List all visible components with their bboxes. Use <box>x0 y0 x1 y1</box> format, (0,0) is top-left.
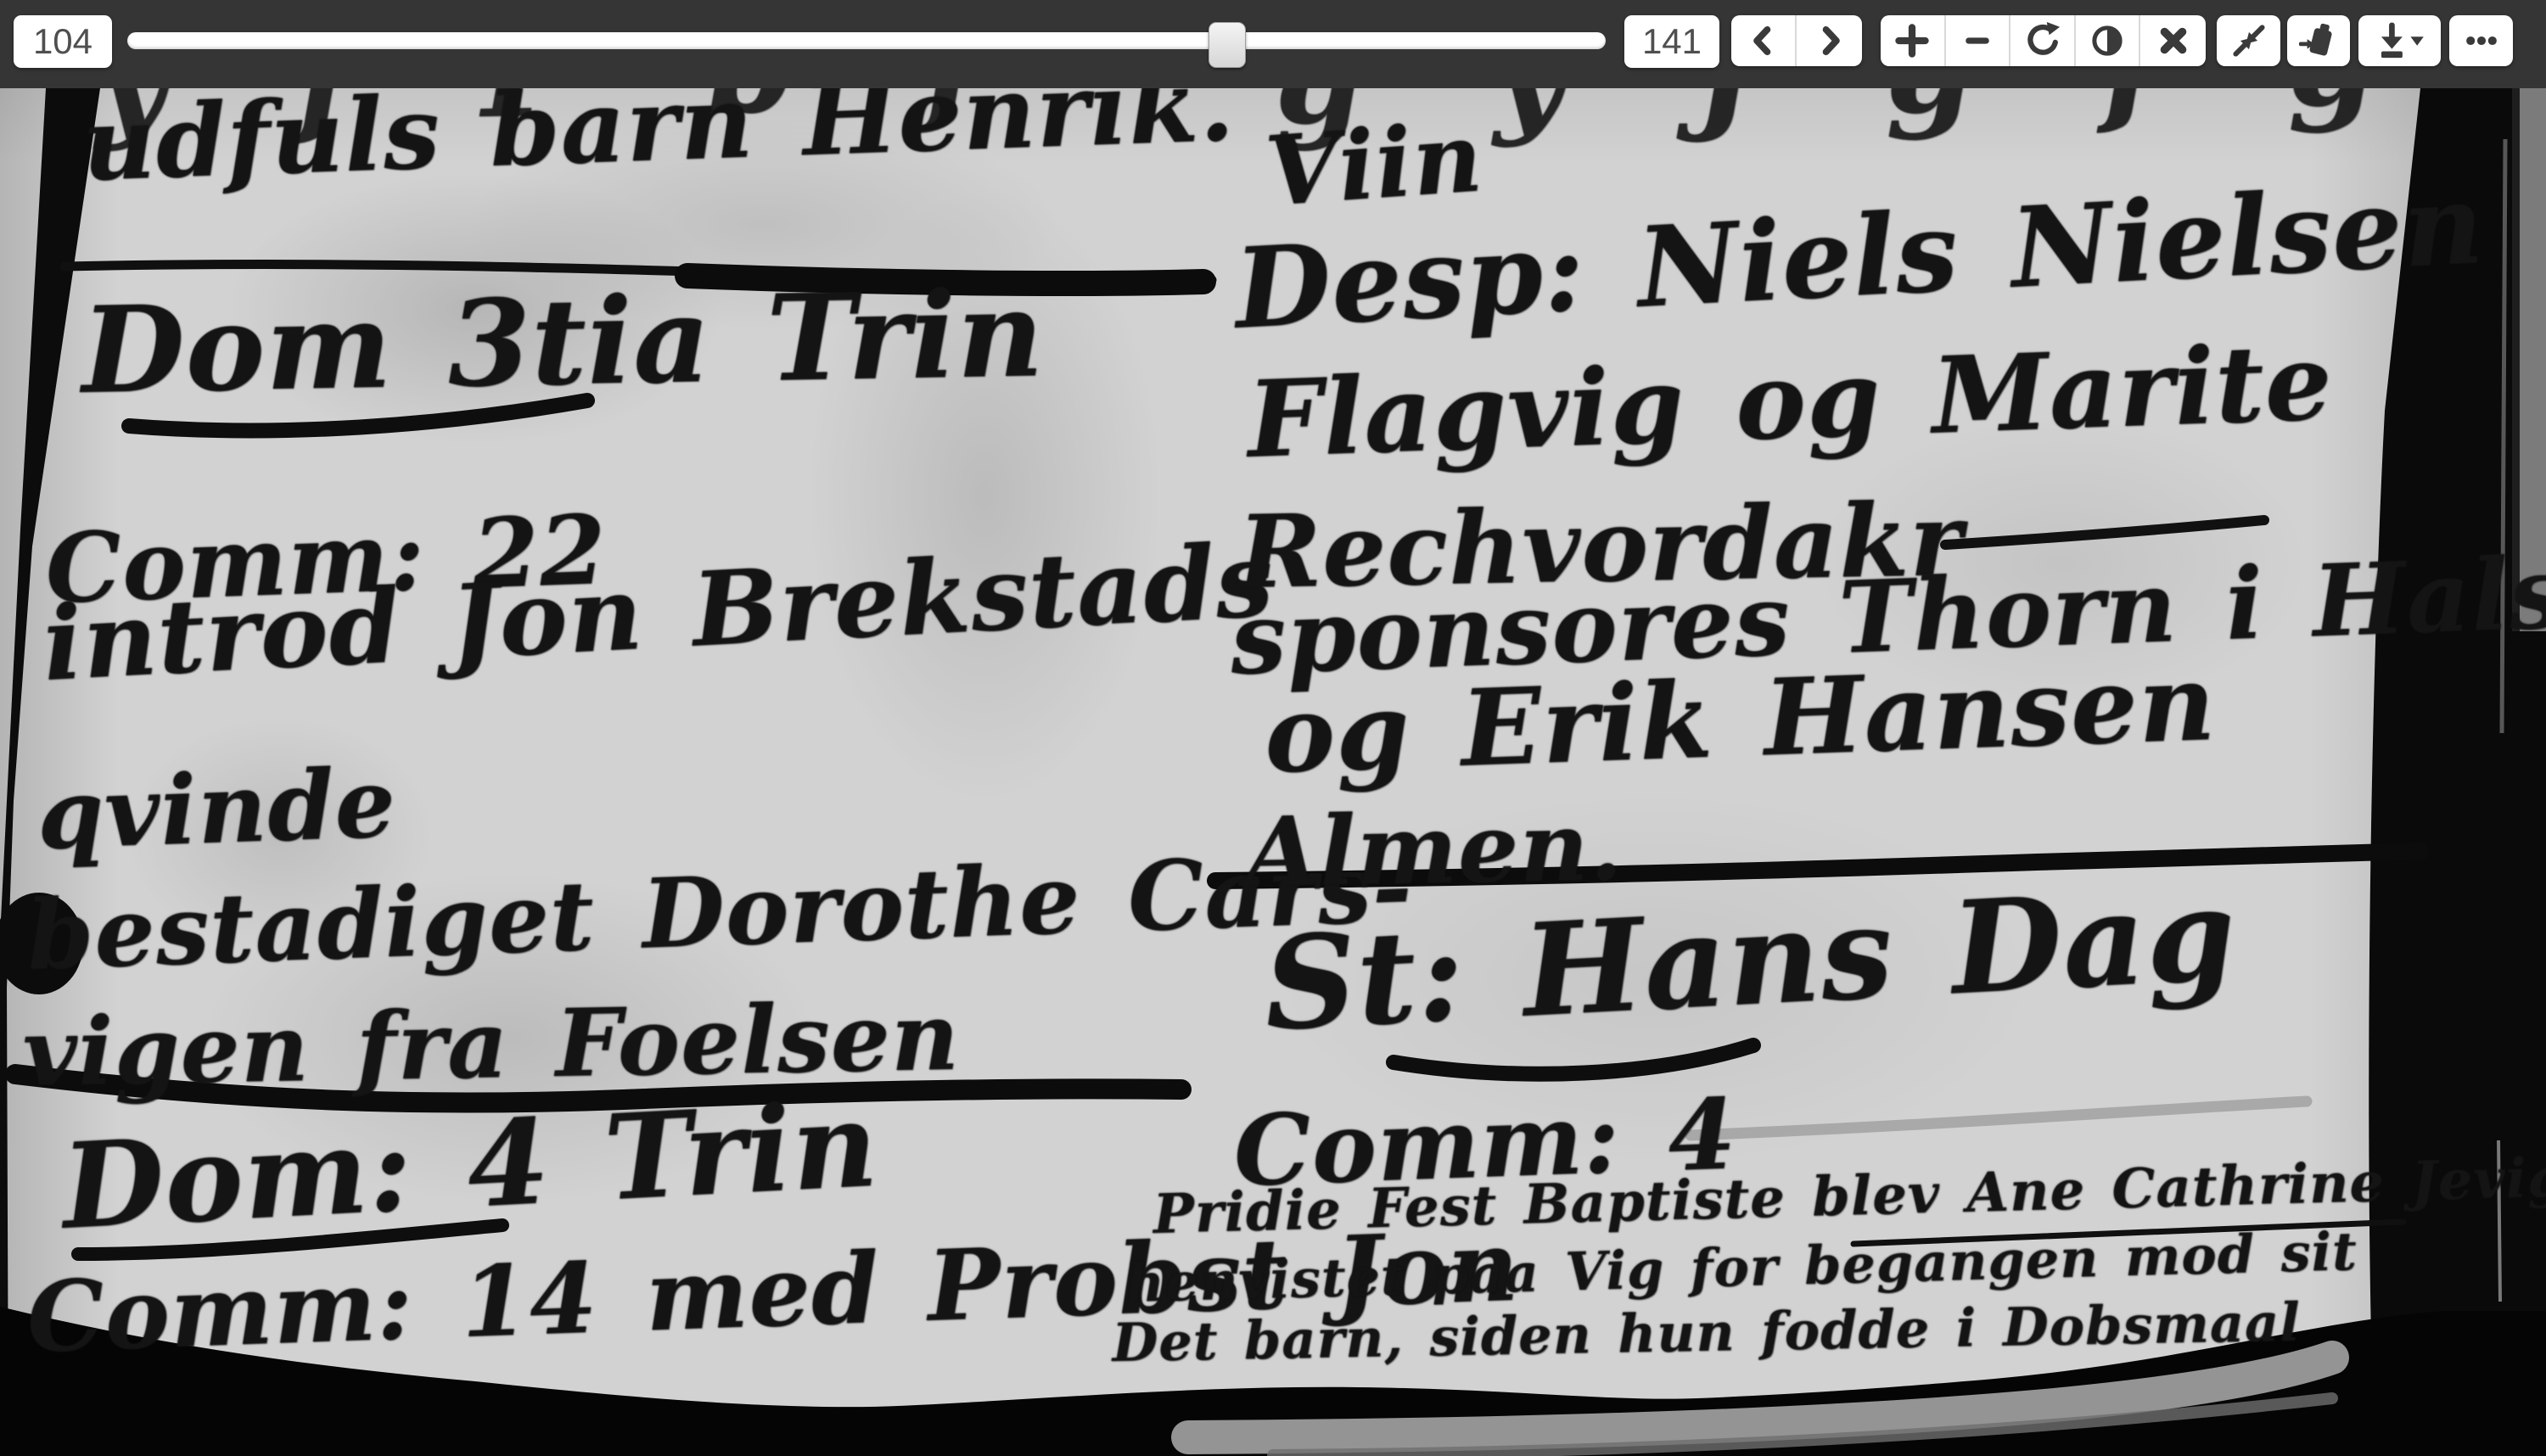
previous-image-button[interactable] <box>1731 15 1797 66</box>
cross-icon <box>2156 23 2191 59</box>
left-heading-1: Dom 3tia Trin <box>81 275 1045 411</box>
plus-icon <box>1893 22 1931 59</box>
collapse-view-button[interactable] <box>2217 15 2280 66</box>
page-position-slider[interactable] <box>127 20 1606 68</box>
half-filled-circle-icon <box>2089 22 2126 59</box>
viewer-toolbar <box>0 0 2546 88</box>
slider-track[interactable] <box>127 32 1606 49</box>
left-line-3: qvinde <box>36 756 398 864</box>
clipboard-button[interactable] <box>2287 15 2350 66</box>
more-options-button[interactable] <box>2449 15 2513 66</box>
close-button[interactable] <box>2140 15 2206 66</box>
minus-icon <box>1959 22 1996 59</box>
download-caret-icon <box>2374 21 2426 60</box>
ellipsis-icon <box>2463 22 2500 59</box>
rotate-clockwise-icon <box>2022 21 2061 60</box>
slider-thumb[interactable] <box>1209 22 1246 68</box>
manuscript-scan[interactable]: y f P b f udfuls barn Henrik. Dom 3tia T… <box>0 88 2546 1456</box>
chevron-left-icon <box>1746 23 1781 59</box>
right-line-1: Viin <box>1263 110 1486 221</box>
image-tools-button-group <box>1881 15 2206 66</box>
page-number-input[interactable] <box>14 15 112 68</box>
right-line-7: Almen. <box>1244 799 1624 901</box>
download-button[interactable] <box>2358 15 2441 66</box>
chevron-right-icon <box>1812 23 1848 59</box>
navigation-button-group <box>1731 15 1862 66</box>
zoom-out-button[interactable] <box>1946 15 2011 66</box>
contrast-button[interactable] <box>2076 15 2141 66</box>
zoom-in-button[interactable] <box>1881 15 1946 66</box>
rotate-button[interactable] <box>2010 15 2076 66</box>
clipboard-arrow-icon <box>2299 21 2338 60</box>
archive-image-viewer: y f P b f udfuls barn Henrik. Dom 3tia T… <box>0 0 2546 1456</box>
next-image-button[interactable] <box>1797 15 1862 66</box>
right-line-6: og Erik Hansen <box>1263 651 2218 789</box>
arrows-collapse-icon <box>2230 22 2268 59</box>
image-number-input[interactable] <box>1624 15 1719 68</box>
